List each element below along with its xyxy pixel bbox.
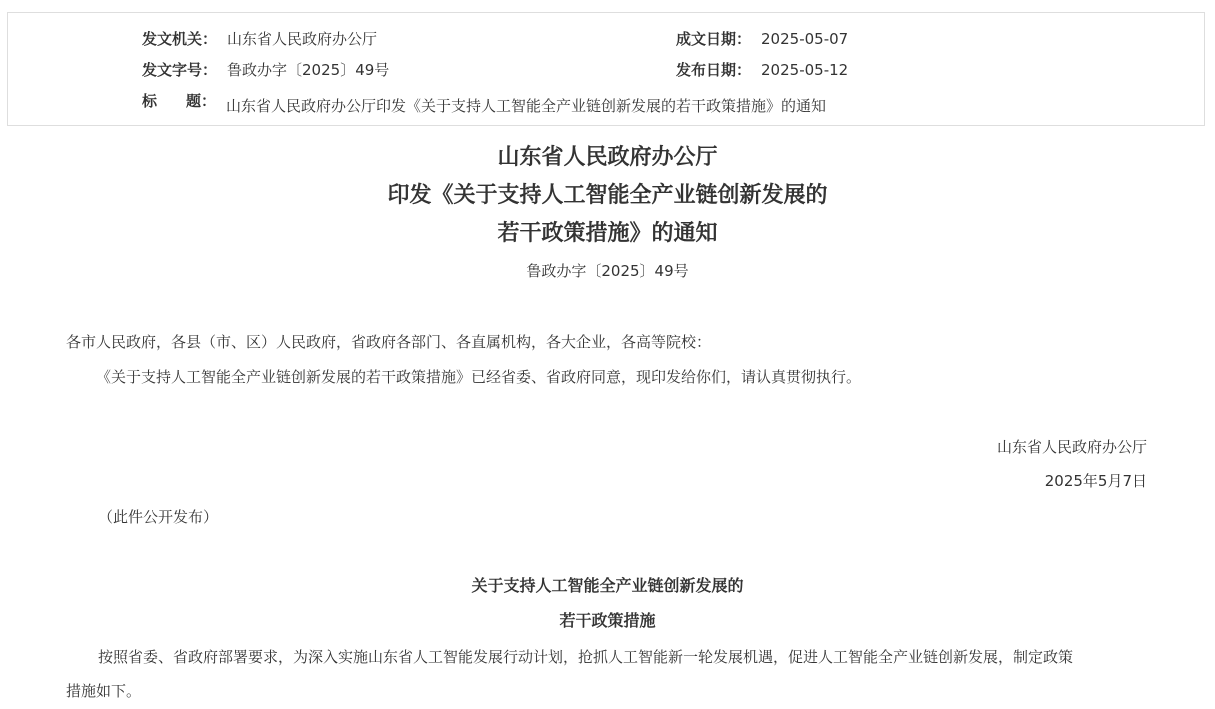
meta-title-value: 山东省人民政府办公厅印发《关于支持人工智能全产业链创新发展的若干政策措施》的通知 [226,96,826,116]
meta-title-label-part1: 标 [142,91,157,111]
signature-organization: 山东省人民政府办公厅 [997,437,1147,457]
meta-doc-number-value: 鲁政办字〔2025〕49号 [227,60,389,80]
signature-date: 2025年5月7日 [1045,471,1147,491]
attachment-intro-line-2: 措施如下。 [66,681,141,701]
meta-written-date-value: 2025-05-07 [761,29,848,49]
meta-issuer-row: 发文机关：山东省人民政府办公厅 [142,29,377,49]
meta-issuer-value: 山东省人民政府办公厅 [227,29,377,49]
document-number: 鲁政办字〔2025〕49号 [0,261,1215,281]
attachment-title-line-2: 若干政策措施 [0,610,1215,632]
meta-publish-date-label: 发布日期： [676,60,751,80]
attachment-title-line-1: 关于支持人工智能全产业链创新发展的 [0,575,1215,597]
meta-title-label-part2: 题： [186,91,216,111]
document-title-line-1: 山东省人民政府办公厅 [0,139,1215,177]
meta-written-date-row: 成文日期：2025-05-07 [676,29,848,49]
attachment-intro-line-1: 按照省委、省政府部署要求，为深入实施山东省人工智能发展行动计划，抢抓人工智能新一… [98,647,1073,667]
meta-issuer-label: 发文机关： [142,29,217,49]
document-title-line-3: 若干政策措施》的通知 [0,215,1215,253]
meta-publish-date-value: 2025-05-12 [761,60,848,80]
meta-doc-number-row: 发文字号：鲁政办字〔2025〕49号 [142,60,389,80]
document-title-line-2: 印发《关于支持人工智能全产业链创新发展的 [0,177,1215,215]
meta-title-row: 标 题： 山东省人民政府办公厅印发《关于支持人工智能全产业链创新发展的若干政策措… [142,91,826,111]
meta-title-label: 标 题： [142,91,216,111]
public-release-note: （此件公开发布） [98,507,218,527]
body-paragraph: 《关于支持人工智能全产业链创新发展的若干政策措施》已经省委、省政府同意，现印发给… [96,367,861,387]
meta-publish-date-row: 发布日期：2025-05-12 [676,60,848,80]
addressees: 各市人民政府，各县（市、区）人民政府，省政府各部门、各直属机构，各大企业，各高等… [66,332,711,352]
meta-written-date-label: 成文日期： [676,29,751,49]
meta-doc-number-label: 发文字号： [142,60,217,80]
